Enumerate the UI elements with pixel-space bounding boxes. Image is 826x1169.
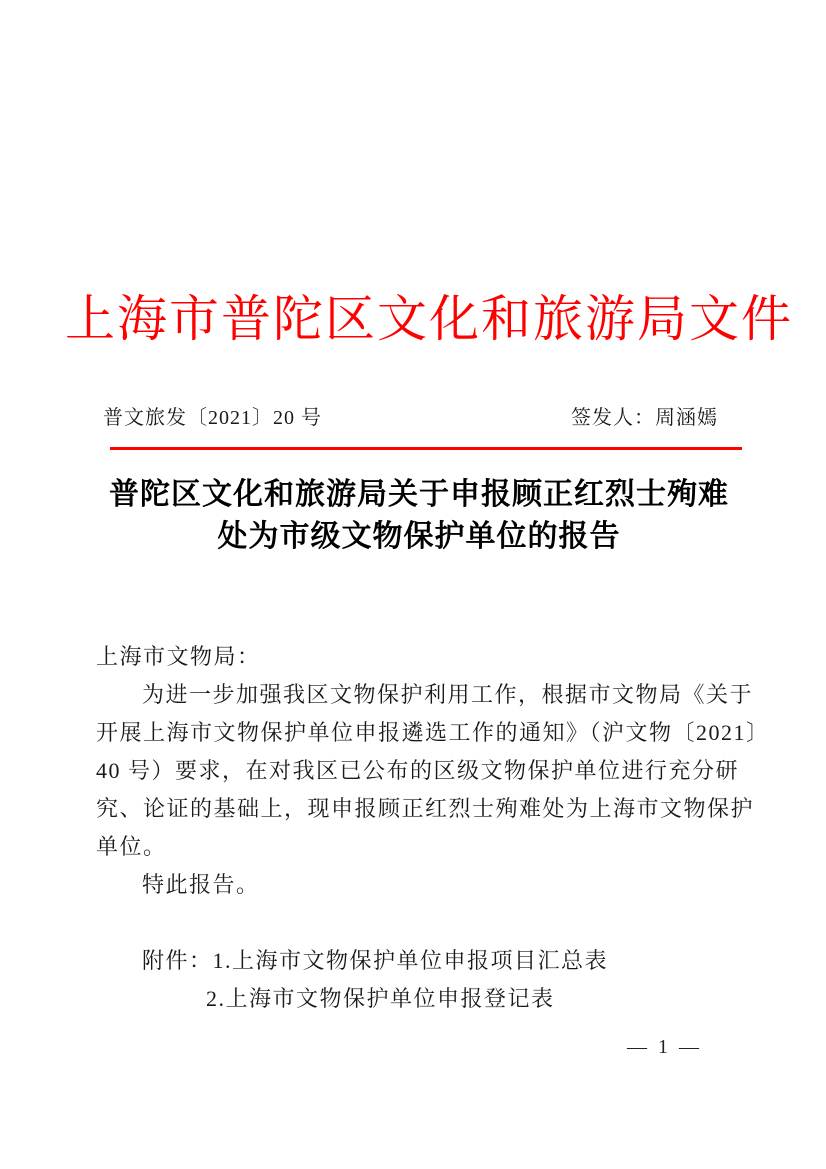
red-divider-line xyxy=(110,447,742,450)
issuing-authority-masthead: 上海市普陀区文化和旅游局文件 xyxy=(32,292,826,347)
attachment-item-2: 2.上海市文物保护单位申报登记表 xyxy=(96,980,742,1018)
document-info-row: 普文旅发〔2021〕20 号 签发人：周涵嫣 xyxy=(103,406,718,430)
body-paragraph-line: 为进一步加强我区文物保护利用工作，根据市文物局《关于 xyxy=(96,676,742,714)
signer: 签发人：周涵嫣 xyxy=(571,406,718,430)
signer-name: 周涵嫣 xyxy=(655,407,718,429)
closing-statement: 特此报告。 xyxy=(96,866,742,904)
attachments-line-1: 附件：1.上海市文物保护单位申报项目汇总表 xyxy=(96,942,742,980)
body-paragraph-line: 究、论证的基础上，现申报顾正红烈士殉难处为上海市文物保护 xyxy=(96,790,742,828)
body-paragraph-line: 40 号）要求，在对我区已公布的区级文物保护单位进行充分研 xyxy=(96,752,742,790)
document-title: 普陀区文化和旅游局关于申报顾正红烈士殉难 处为市级文物保护单位的报告 xyxy=(96,474,742,558)
document-title-line-1: 普陀区文化和旅游局关于申报顾正红烈士殉难 xyxy=(96,474,742,516)
salutation: 上海市文物局： xyxy=(96,638,742,676)
blank-line xyxy=(96,904,742,942)
official-document-page: 上海市普陀区文化和旅游局文件 普文旅发〔2021〕20 号 签发人：周涵嫣 普陀… xyxy=(0,0,826,1169)
body-paragraph-line: 单位。 xyxy=(96,828,742,866)
attachment-item-1: 1.上海市文物保护单位申报项目汇总表 xyxy=(213,948,609,973)
attachments-label: 附件： xyxy=(142,948,213,973)
document-body: 上海市文物局： 为进一步加强我区文物保护利用工作，根据市文物局《关于 开展上海市… xyxy=(96,638,742,1018)
document-reference-number: 普文旅发〔2021〕20 号 xyxy=(103,406,322,430)
page-number: — 1 — xyxy=(627,1036,702,1059)
signer-label: 签发人： xyxy=(571,407,655,429)
body-paragraph-line: 开展上海市文物保护单位申报遴选工作的通知》（沪文物〔2021〕 xyxy=(96,714,742,752)
document-title-line-2: 处为市级文物保护单位的报告 xyxy=(96,516,742,558)
